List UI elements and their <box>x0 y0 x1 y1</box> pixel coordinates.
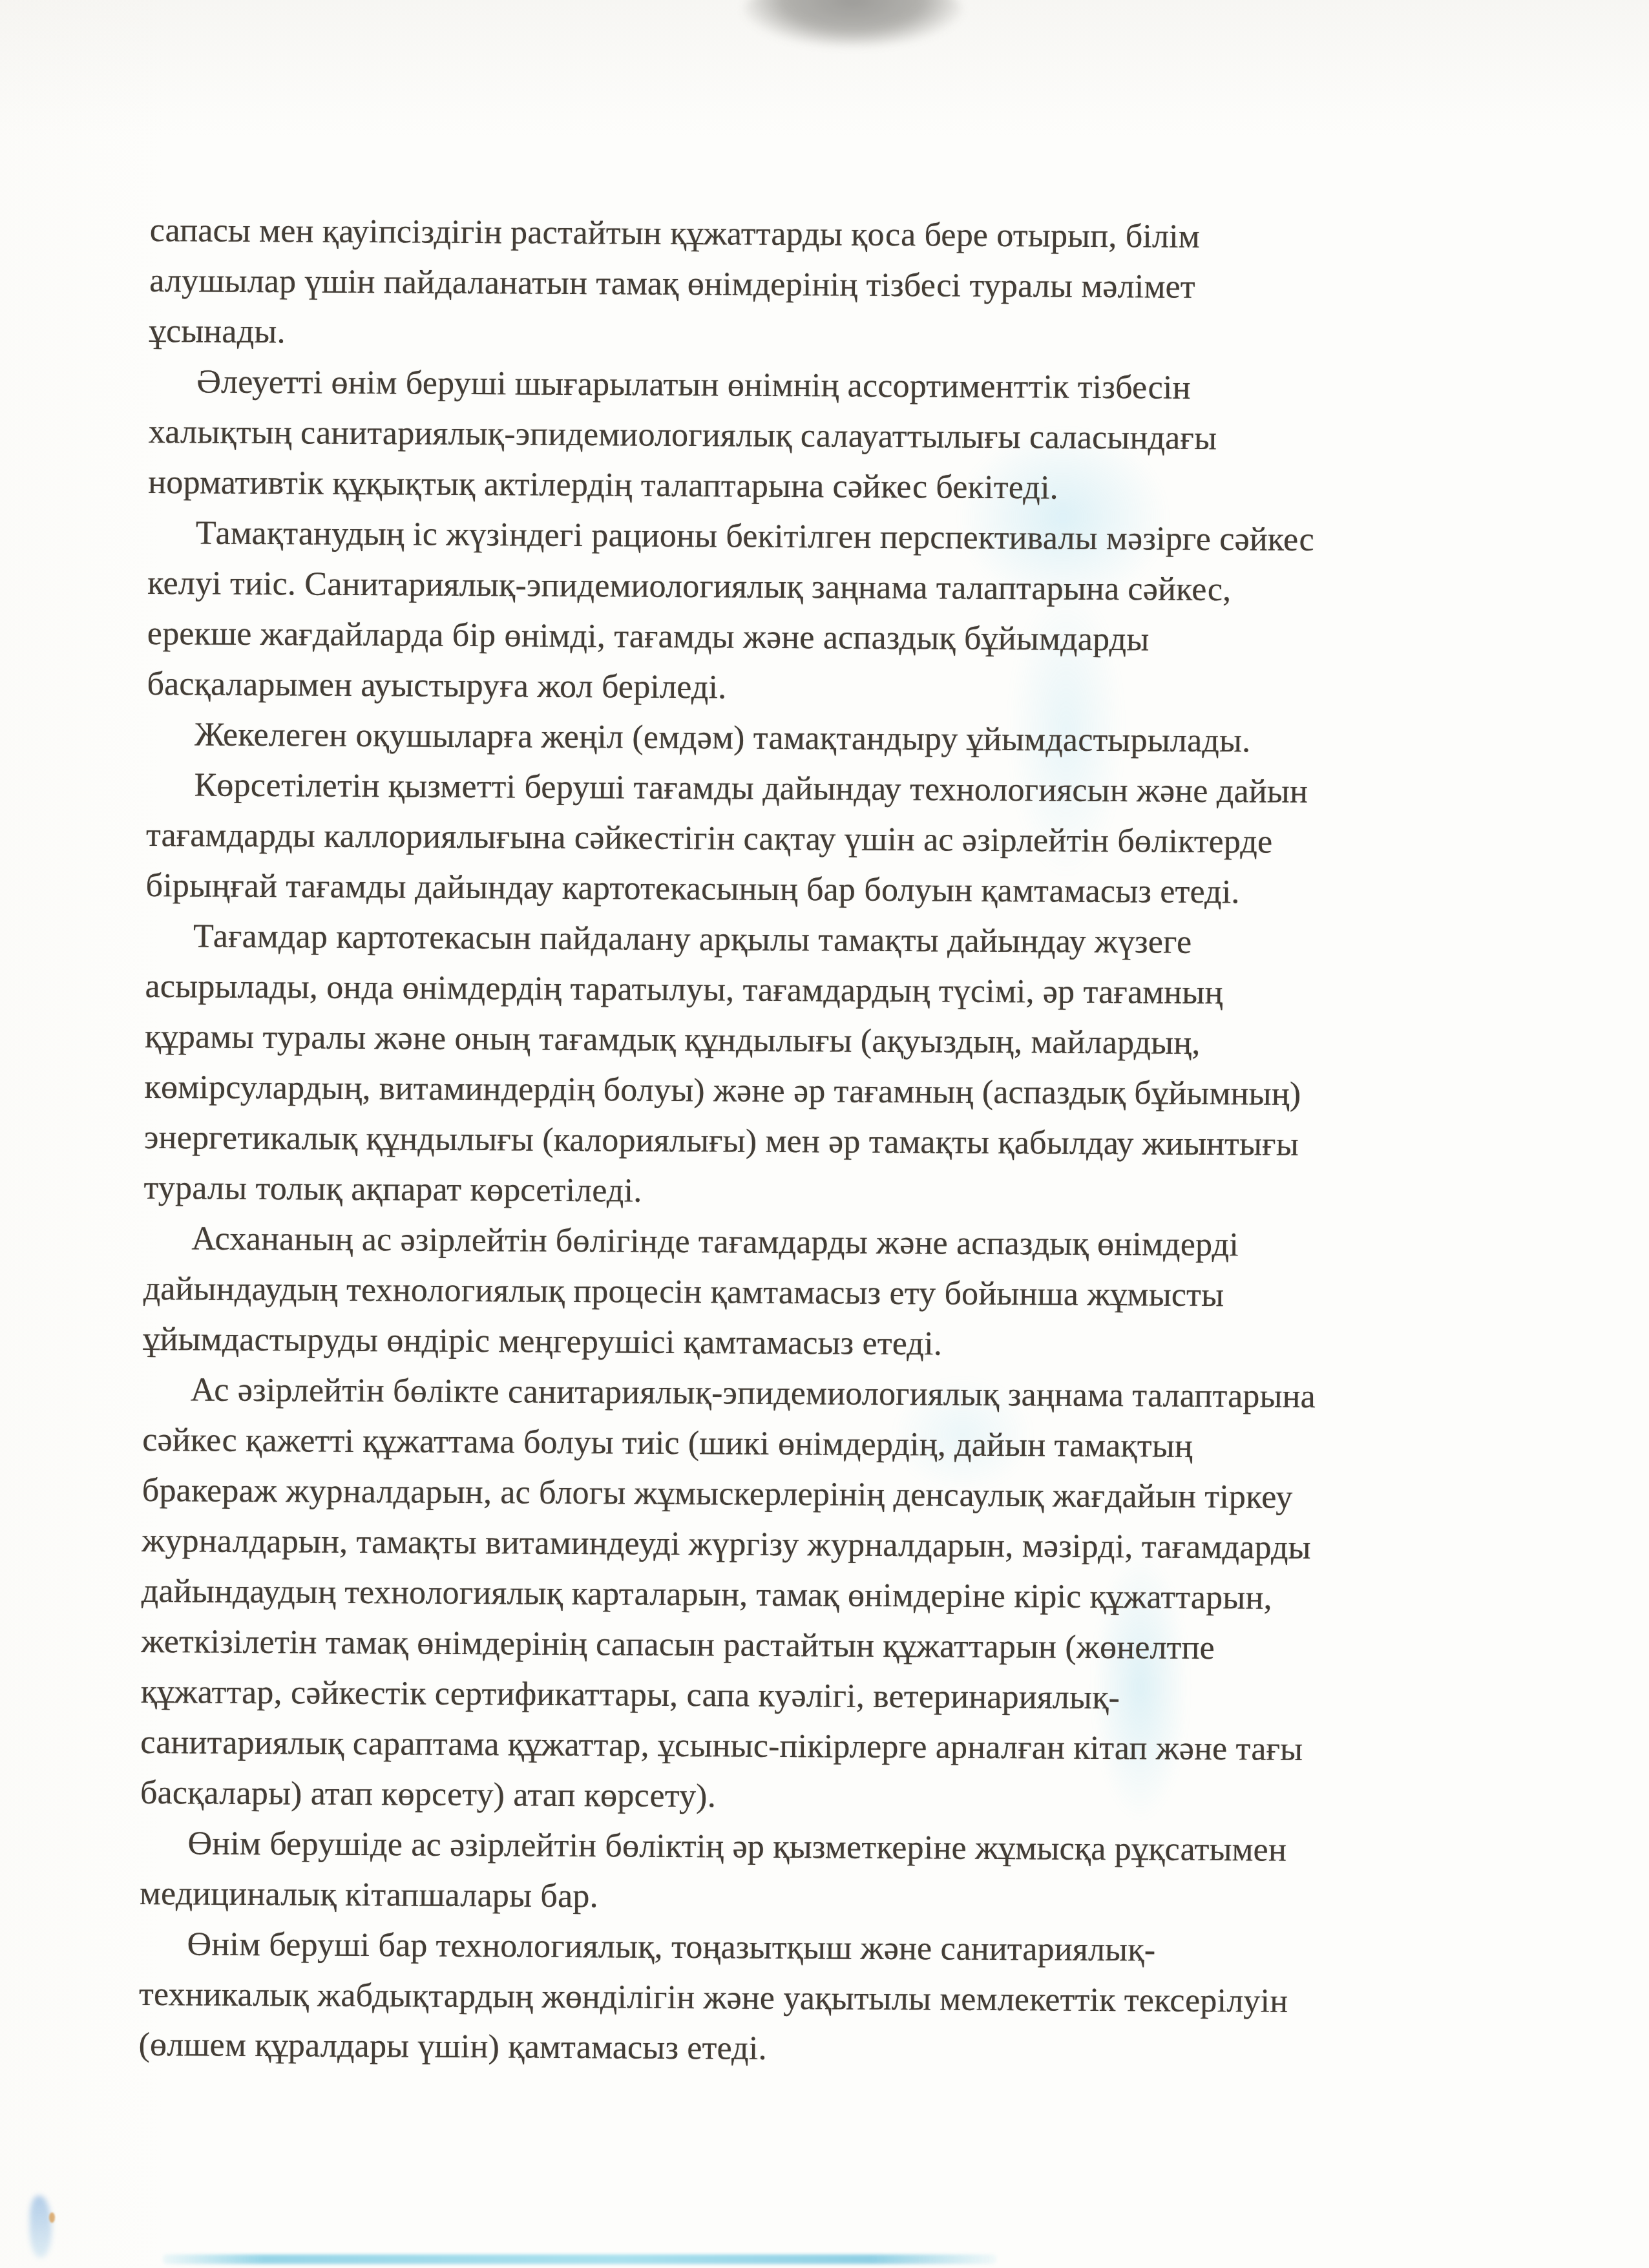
text-line: көмірсулардың, витаминдердің болуы) және… <box>144 1062 1540 1121</box>
text-line: журналдарын, тамақты витаминдеуді жүргіз… <box>142 1516 1537 1575</box>
text-line: тағамдарды каллориялығына сәйкестігін са… <box>146 810 1542 869</box>
text-line: Әлеуетті өнім беруші шығарылатын өнімнің… <box>149 357 1544 415</box>
text-line: дайындаудың технологиялық процесін қамта… <box>143 1264 1539 1323</box>
speck-bottom-left <box>49 2212 55 2223</box>
paragraph: Асхананың ас әзірлейтін бөлігінде тағамд… <box>143 1213 1539 1373</box>
text-line: басқаларымен ауыстыруға жол беріледі. <box>147 659 1542 718</box>
text-line: туралы толық ақпарат көрсетіледі. <box>143 1163 1539 1222</box>
text-line: Өнім берушіде ас әзірлейтін бөліктің әр … <box>140 1818 1535 1877</box>
text-line: Тағамдар картотекасын пайдалану арқылы т… <box>145 911 1541 970</box>
text-line: ұсынады. <box>149 306 1545 365</box>
text-line: құрамы туралы және оның тағамдық құндылы… <box>145 1012 1540 1071</box>
document-text: сапасы мен қауіпсіздігін растайтын құжат… <box>138 205 1546 2079</box>
text-line: келуі тиіс. Санитариялық-эпидемиологиялы… <box>147 558 1543 617</box>
text-line: техникалық жабдықтардың жөнділігін және … <box>139 1969 1535 2028</box>
text-line: жеткізілетін тамақ өнімдерінің сапасын р… <box>141 1617 1537 1675</box>
paragraph: Жекелеген оқушыларға жеңіл (емдәм) тамақ… <box>147 709 1542 768</box>
text-line: сәйкес қажетті құжаттама болуы тиіс (шик… <box>142 1415 1538 1474</box>
text-line: ерекше жағдайларда бір өнімді, тағамды ж… <box>147 609 1543 667</box>
text-line: (өлшем құралдары үшін) қамтамасыз етеді. <box>138 2020 1534 2079</box>
paragraph: Тамақтанудың іс жүзіндегі рационы бекіті… <box>147 508 1544 718</box>
scan-streak-bottom <box>163 2254 996 2264</box>
text-line: Жекелеген оқушыларға жеңіл (емдәм) тамақ… <box>147 709 1542 768</box>
paragraph: сапасы мен қауіпсіздігін растайтын құжат… <box>149 205 1546 365</box>
text-line: алушылар үшін пайдаланатын тамақ өнімдер… <box>149 256 1545 315</box>
text-line: Асхананың ас әзірлейтін бөлігінде тағамд… <box>143 1213 1539 1272</box>
text-line: санитариялық сараптама құжаттар, ұсыныс-… <box>140 1717 1536 1776</box>
text-line: энергетикалық құндылығы (калориялығы) ме… <box>144 1113 1540 1171</box>
paragraph: Әлеуетті өнім беруші шығарылатын өнімнің… <box>148 357 1544 516</box>
text-line: бракераж журналдарын, ас блогы жұмыскерл… <box>142 1465 1538 1524</box>
paragraph: Көрсетілетін қызметті беруші тағамды дай… <box>145 760 1542 919</box>
text-line: Көрсетілетін қызметті беруші тағамды дай… <box>146 760 1542 819</box>
scanned-document-page: сапасы мен қауіпсіздігін растайтын құжат… <box>0 0 1649 2268</box>
paragraph: Өнім беруші бар технологиялық, тоңазытқы… <box>138 1919 1535 2079</box>
text-line: Өнім беруші бар технологиялық, тоңазытқы… <box>139 1919 1535 1978</box>
text-line: Ас әзірлейтін бөлікте санитариялық-эпиде… <box>143 1365 1539 1423</box>
text-line: нормативтік құқықтық актілердің талаптар… <box>148 457 1544 516</box>
text-line: медициналық кітапшалары бар. <box>140 1869 1535 1927</box>
text-line: Тамақтанудың іс жүзіндегі рационы бекіті… <box>148 508 1544 567</box>
text-line: халықтың санитариялық-эпидемиологиялық с… <box>149 407 1544 466</box>
text-line: бірыңғай тағамды дайындау картотекасының… <box>145 861 1541 919</box>
scan-smudge-top <box>743 0 963 47</box>
text-line: сапасы мен қауіпсіздігін растайтын құжат… <box>150 205 1546 264</box>
paragraph: Ас әзірлейтін бөлікте санитариялық-эпиде… <box>140 1365 1539 1827</box>
text-line: асырылады, онда өнімдердің таратылуы, та… <box>145 961 1540 1020</box>
pen-mark-bottom-left <box>30 2196 52 2258</box>
text-line: басқалары) атап көрсету) атап көрсету). <box>140 1768 1536 1827</box>
paragraph: Тағамдар картотекасын пайдалану арқылы т… <box>143 911 1541 1222</box>
text-line: құжаттар, сәйкестік сертификаттары, сапа… <box>141 1667 1537 1726</box>
text-line: дайындаудың технологиялық карталарын, та… <box>142 1566 1537 1625</box>
paragraph: Өнім берушіде ас әзірлейтін бөліктің әр … <box>140 1818 1536 1927</box>
text-line: ұйымдастыруды өндіріс меңгерушісі қамтам… <box>143 1314 1539 1373</box>
